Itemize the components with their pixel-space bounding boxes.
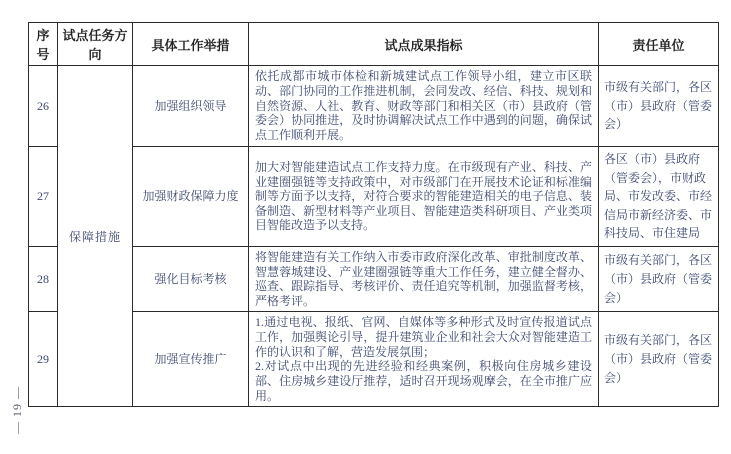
responsible-cell: 市级有关部门，各区（市）县政府（管委会） <box>599 246 719 312</box>
table-row: 28 强化目标考核 将智能建造有关工作纳入市委市政府深化改革、审批制度改革、智慧… <box>29 246 719 312</box>
responsible-cell: 市级有关部门，各区（市）县政府（管委会） <box>599 66 719 147</box>
table-row: 26 保障措施 加强组织领导 依托成都市城市体检和新城建试点工作领导小组，建立市… <box>29 66 719 147</box>
document-page: 序号 试点任务方向 具体工作举措 试点成果指标 责任单位 26 保障措施 加强组… <box>0 0 731 454</box>
indicator-cell: 将智能建造有关工作纳入市委市政府深化改革、审批制度改革、智慧蓉城建设、产业建圈强… <box>249 246 599 312</box>
header-measure: 具体工作举措 <box>133 23 249 66</box>
responsible-cell: 市级有关部门，各区（市）县政府（管委会） <box>599 312 719 407</box>
page-number: — 19 — <box>10 375 26 445</box>
table-row: 29 加强宣传推广 1.通过电视、报纸、官网、自媒体等多种形式及时宣传报道试点工… <box>29 312 719 407</box>
indicator-cell: 加大对智能建造试点工作支持力度。在市级现有产业、科技、产业建圈强链等支持政策中，… <box>249 147 599 247</box>
measure-cell: 加强宣传推广 <box>133 312 249 407</box>
row-number: 28 <box>29 246 58 312</box>
indicator-cell: 依托成都市城市体检和新城建试点工作领导小组，建立市区联动、部门协同的工作推进机制… <box>249 66 599 147</box>
row-number: 27 <box>29 147 58 247</box>
measure-cell: 加强财政保障力度 <box>133 147 249 247</box>
header-no: 序号 <box>29 23 58 66</box>
table-header-row: 序号 试点任务方向 具体工作举措 试点成果指标 责任单位 <box>29 23 719 66</box>
pilot-tasks-table: 序号 试点任务方向 具体工作举措 试点成果指标 责任单位 26 保障措施 加强组… <box>28 22 719 407</box>
header-indicator: 试点成果指标 <box>249 23 599 66</box>
row-number: 26 <box>29 66 58 147</box>
header-direction: 试点任务方向 <box>58 23 133 66</box>
row-number: 29 <box>29 312 58 407</box>
table-row: 27 加强财政保障力度 加大对智能建造试点工作支持力度。在市级现有产业、科技、产… <box>29 147 719 247</box>
header-responsible: 责任单位 <box>599 23 719 66</box>
measure-cell: 加强组织领导 <box>133 66 249 147</box>
indicator-cell: 1.通过电视、报纸、官网、自媒体等多种形式及时宣传报道试点工作，加强舆论引导，提… <box>249 312 599 407</box>
responsible-cell: 各区（市）县政府（管委会），市财政局、市发改委、市经信局市新经济委、市科技局、市… <box>599 147 719 247</box>
task-direction-cell: 保障措施 <box>58 66 133 407</box>
measure-cell: 强化目标考核 <box>133 246 249 312</box>
